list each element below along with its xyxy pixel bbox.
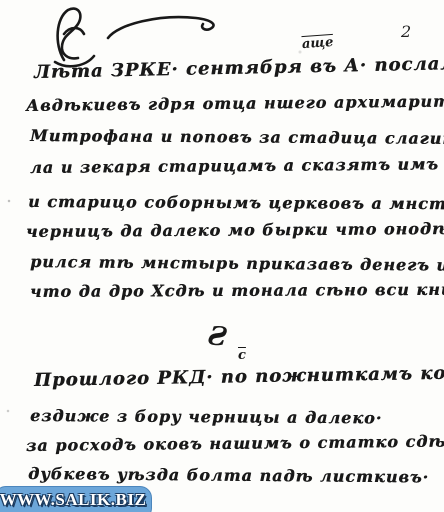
superscript-note: аще	[302, 35, 334, 52]
section-mark: с	[238, 348, 246, 363]
manuscript-line: Авдѣкиевъ гдря отца ншего архимарита	[26, 91, 444, 115]
site-watermark: WWW.SALIK.BIZ	[0, 486, 152, 512]
section-mark: Ƨ	[206, 321, 228, 353]
manuscript-line: и старицо соборнымъ церквовъ а мнстыря п…	[28, 192, 444, 214]
manuscript-line: рился тѣ мнстырь приказавъ денегъ и колк…	[30, 252, 444, 275]
manuscript-line: за росходъ оковъ нашимъ о статко сдѣ	[26, 432, 444, 455]
manuscript-line: Митрофана и поповъ за стадица слагитъ бы…	[30, 126, 444, 149]
site-watermark-text: WWW.SALIK.BIZ	[0, 490, 146, 510]
manuscript-line: дубкевъ уѣзда болта падѣ листкивъ·	[28, 464, 429, 486]
manuscript-line: черницъ да далеко мо бырки что онодѣла в…	[26, 219, 444, 241]
page-number: 2	[401, 22, 411, 41]
manuscript-line: ла и зекаря старицамъ а сказятъ имъ коре…	[30, 154, 444, 177]
manuscript-line: Прошлого РКД· по пожниткамъ ко	[34, 363, 444, 391]
manuscript-line: Лѣта ЗРКЕ· сентября въ А· послалъ	[34, 53, 444, 83]
manuscript-line: ездиже з бору черницы а далеко·	[30, 406, 382, 427]
manuscript-page: 2 аще Лѣта ЗРКЕ· сентября въ А· послалъ …	[0, 0, 444, 512]
manuscript-line: что да дро Хсдѣ и тонала сѣно вси книга	[30, 280, 444, 301]
